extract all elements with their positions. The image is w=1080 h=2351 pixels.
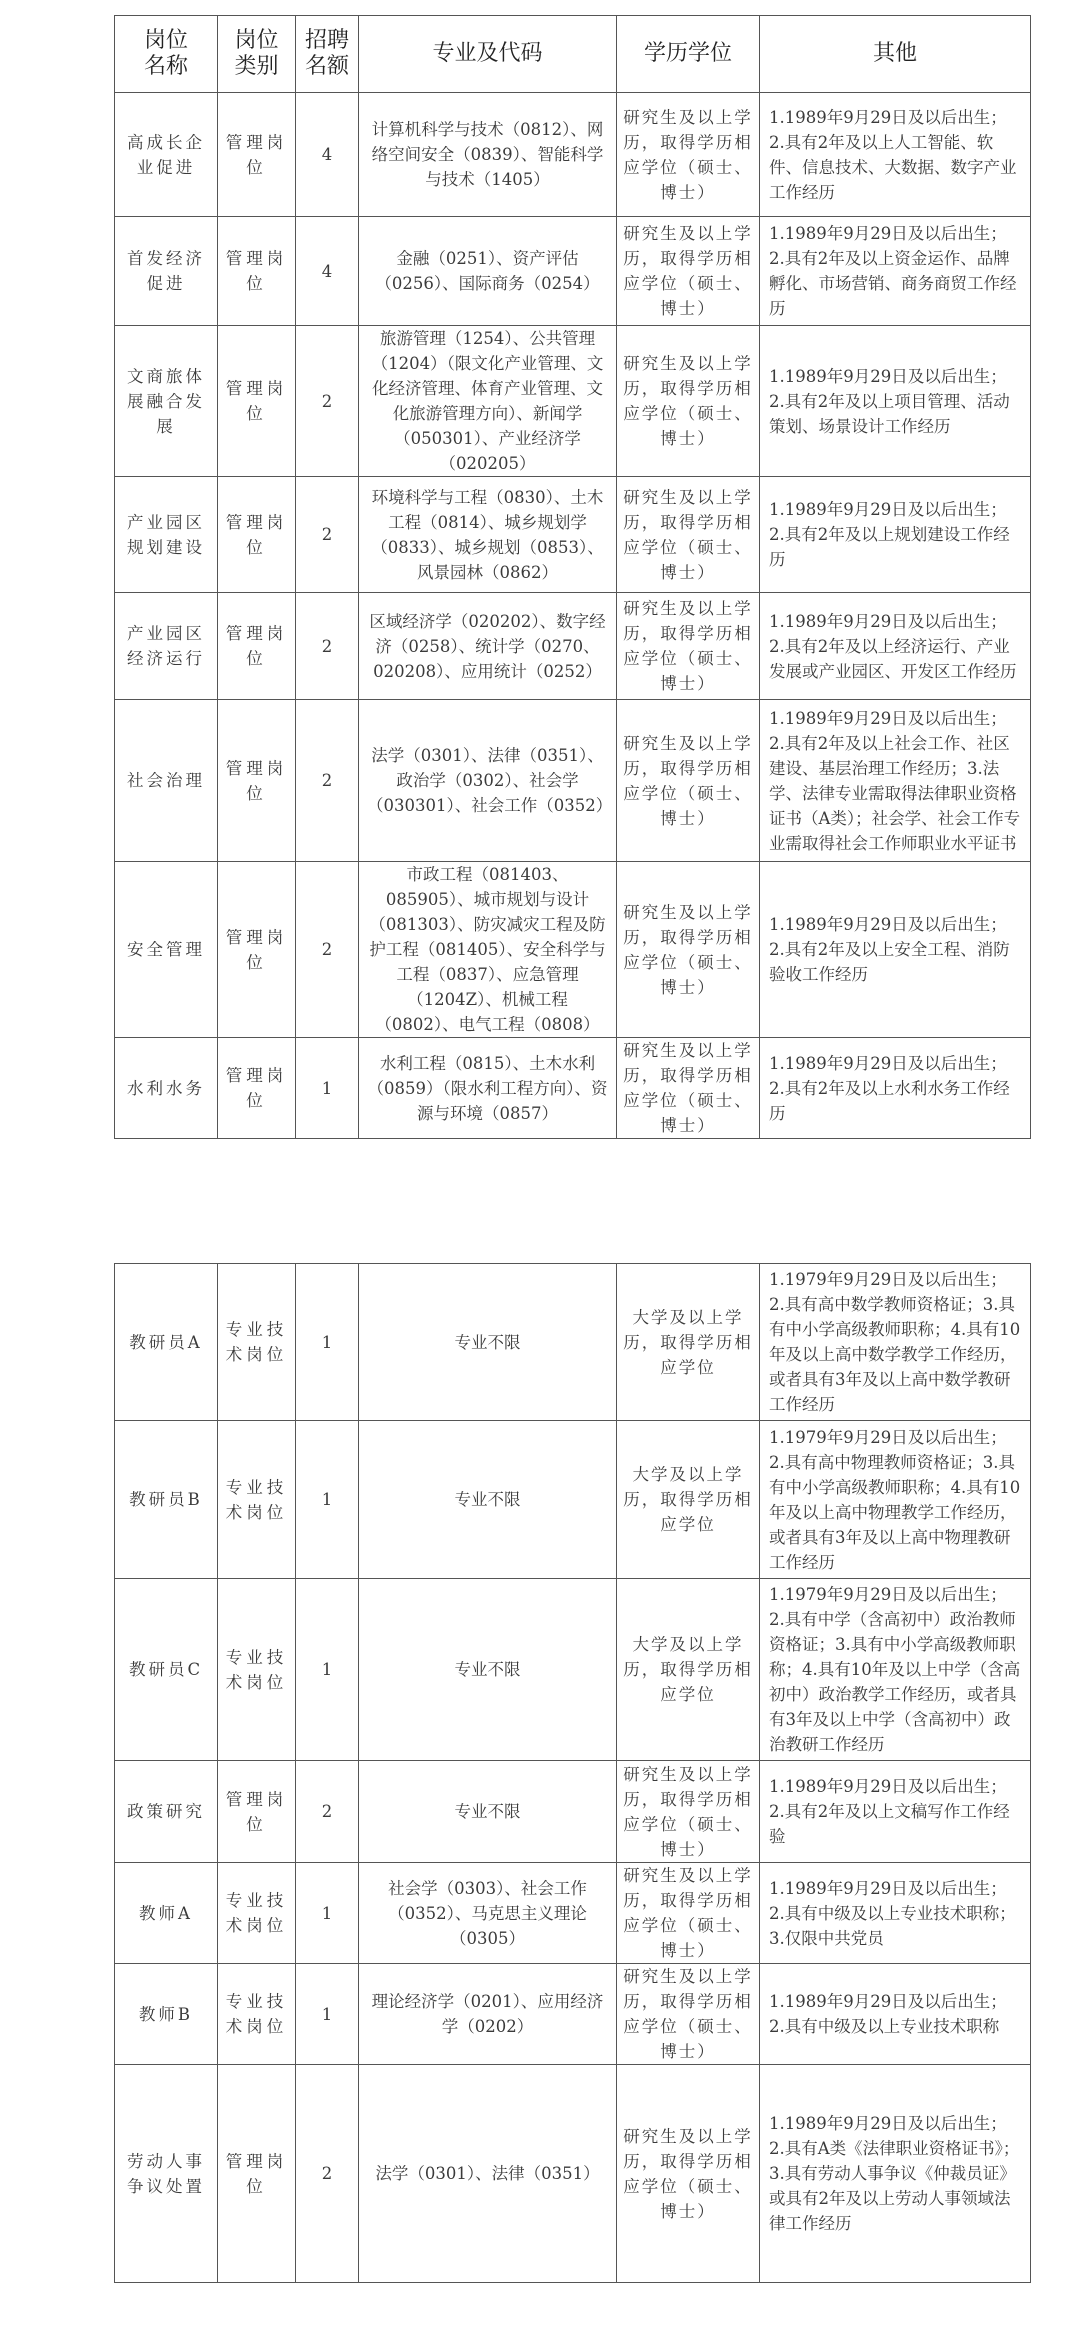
- position-type-cell: 管理岗位: [218, 217, 296, 326]
- other-requirements-cell: 1.1989年9月29日及以后出生；2.具有2年及以上项目管理、活动策划、场景设…: [760, 326, 1031, 477]
- table-row: 产业园区规划建设管理岗位2环境科学与工程（0830）、土木工程（0814）、城乡…: [115, 477, 1031, 593]
- table-row: 社会治理管理岗位2法学（0301）、法律（0351）、政治学（0302）、社会学…: [115, 700, 1031, 862]
- position-name-cell: 教师B: [115, 1964, 218, 2065]
- education-cell: 大学及以上学历，取得学历相应学位: [617, 1264, 760, 1421]
- quota-cell: 2: [296, 326, 359, 477]
- position-name-cell: 安全管理: [115, 862, 218, 1038]
- education-cell: 大学及以上学历，取得学历相应学位: [617, 1579, 760, 1761]
- major-code-cell: 法学（0301）、法律（0351）: [359, 2065, 617, 2283]
- major-code-cell: 理论经济学（0201）、应用经济学（0202）: [359, 1964, 617, 2065]
- position-type-cell: 专业技术岗位: [218, 1964, 296, 2065]
- position-name-cell: 产业园区经济运行: [115, 593, 218, 700]
- other-requirements-cell: 1.1989年9月29日及以后出生；2.具有A类《法律职业资格证书》；3.具有劳…: [760, 2065, 1031, 2283]
- quota-cell: 2: [296, 700, 359, 862]
- header-other: 其他: [760, 16, 1031, 93]
- position-type-cell: 专业技术岗位: [218, 1863, 296, 1964]
- quota-cell: 2: [296, 2065, 359, 2283]
- major-code-cell: 市政工程（081403、085905）、城市规划与设计（081303）、防灾减灾…: [359, 862, 617, 1038]
- position-name-cell: 教研员A: [115, 1264, 218, 1421]
- position-name-cell: 产业园区规划建设: [115, 477, 218, 593]
- education-cell: 研究生及以上学历，取得学历相应学位（硕士、博士）: [617, 2065, 760, 2283]
- position-name-cell: 教研员B: [115, 1421, 218, 1579]
- quota-cell: 2: [296, 1761, 359, 1863]
- header-position-type: 岗位 类别: [218, 16, 296, 93]
- table-row: 政策研究管理岗位2专业不限研究生及以上学历，取得学历相应学位（硕士、博士）1.1…: [115, 1761, 1031, 1863]
- education-cell: 研究生及以上学历，取得学历相应学位（硕士、博士）: [617, 1964, 760, 2065]
- table-row: 高成长企业促进管理岗位4计算机科学与技术（0812）、网络空间安全（0839）、…: [115, 93, 1031, 217]
- table-row: 教研员C专业技术岗位1专业不限大学及以上学历，取得学历相应学位1.1979年9月…: [115, 1579, 1031, 1761]
- other-requirements-cell: 1.1989年9月29日及以后出生；2.具有2年及以上水利水务工作经历: [760, 1038, 1031, 1139]
- position-name-cell: 高成长企业促进: [115, 93, 218, 217]
- quota-cell: 4: [296, 217, 359, 326]
- major-code-cell: 法学（0301）、法律（0351）、政治学（0302）、社会学（030301）、…: [359, 700, 617, 862]
- table-row: 教师B专业技术岗位1理论经济学（0201）、应用经济学（0202）研究生及以上学…: [115, 1964, 1031, 2065]
- major-code-cell: 环境科学与工程（0830）、土木工程（0814）、城乡规划学（0833）、城乡规…: [359, 477, 617, 593]
- quota-cell: 2: [296, 477, 359, 593]
- table-row: 产业园区经济运行管理岗位2区域经济学（020202）、数字经济（0258）、统计…: [115, 593, 1031, 700]
- header-quota: 招聘 名额: [296, 16, 359, 93]
- education-cell: 大学及以上学历，取得学历相应学位: [617, 1421, 760, 1579]
- header-position-name: 岗位 名称: [115, 16, 218, 93]
- position-type-cell: 专业技术岗位: [218, 1579, 296, 1761]
- education-cell: 研究生及以上学历，取得学历相应学位（硕士、博士）: [617, 1761, 760, 1863]
- position-name-cell: 社会治理: [115, 700, 218, 862]
- recruitment-table-part-1: 岗位 名称 岗位 类别 招聘 名额 专业及代码 学历学位 其他 高成长企业促进管…: [114, 15, 1031, 1139]
- other-requirements-cell: 1.1989年9月29日及以后出生；2.具有2年及以上社会工作、社区建设、基层治…: [760, 700, 1031, 862]
- quota-cell: 4: [296, 93, 359, 217]
- major-code-cell: 计算机科学与技术（0812）、网络空间安全（0839）、智能科学与技术（1405…: [359, 93, 617, 217]
- table-row: 教研员B专业技术岗位1专业不限大学及以上学历，取得学历相应学位1.1979年9月…: [115, 1421, 1031, 1579]
- quota-cell: 1: [296, 1964, 359, 2065]
- table-row: 教师A专业技术岗位1社会学（0303）、社会工作（0352）、马克思主义理论（0…: [115, 1863, 1031, 1964]
- position-name-cell: 水利水务: [115, 1038, 218, 1139]
- position-name-cell: 首发经济促进: [115, 217, 218, 326]
- quota-cell: 1: [296, 1038, 359, 1139]
- position-type-cell: 管理岗位: [218, 1761, 296, 1863]
- quota-cell: 2: [296, 862, 359, 1038]
- table-row: 首发经济促进管理岗位4金融（0251）、资产评估（0256）、国际商务（0254…: [115, 217, 1031, 326]
- table-row: 文商旅体展融合发展管理岗位2旅游管理（1254）、公共管理（1204）（限文化产…: [115, 326, 1031, 477]
- quota-cell: 1: [296, 1863, 359, 1964]
- position-name-cell: 文商旅体展融合发展: [115, 326, 218, 477]
- major-code-cell: 水利工程（0815）、土木水利（0859）（限水利工程方向）、资源与环境（085…: [359, 1038, 617, 1139]
- major-code-cell: 金融（0251）、资产评估（0256）、国际商务（0254）: [359, 217, 617, 326]
- other-requirements-cell: 1.1989年9月29日及以后出生；2.具有2年及以上经济运行、产业发展或产业园…: [760, 593, 1031, 700]
- position-name-cell: 政策研究: [115, 1761, 218, 1863]
- position-name-cell: 教师A: [115, 1863, 218, 1964]
- education-cell: 研究生及以上学历，取得学历相应学位（硕士、博士）: [617, 862, 760, 1038]
- other-requirements-cell: 1.1989年9月29日及以后出生；2.具有2年及以上人工智能、软件、信息技术、…: [760, 93, 1031, 217]
- quota-cell: 1: [296, 1579, 359, 1761]
- position-type-cell: 管理岗位: [218, 593, 296, 700]
- major-code-cell: 专业不限: [359, 1421, 617, 1579]
- other-requirements-cell: 1.1989年9月29日及以后出生；2.具有中级及以上专业技术职称: [760, 1964, 1031, 2065]
- table-row: 教研员A专业技术岗位1专业不限大学及以上学历，取得学历相应学位1.1979年9月…: [115, 1264, 1031, 1421]
- position-type-cell: 管理岗位: [218, 2065, 296, 2283]
- other-requirements-cell: 1.1989年9月29日及以后出生；2.具有中级及以上专业技术职称；3.仅限中共…: [760, 1863, 1031, 1964]
- major-code-cell: 专业不限: [359, 1264, 617, 1421]
- recruitment-table-part-2: 教研员A专业技术岗位1专业不限大学及以上学历，取得学历相应学位1.1979年9月…: [114, 1263, 1031, 2283]
- table-row: 水利水务管理岗位1水利工程（0815）、土木水利（0859）（限水利工程方向）、…: [115, 1038, 1031, 1139]
- major-code-cell: 旅游管理（1254）、公共管理（1204）（限文化产业管理、文化经济管理、体育产…: [359, 326, 617, 477]
- other-requirements-cell: 1.1989年9月29日及以后出生；2.具有2年及以上文稿写作工作经验: [760, 1761, 1031, 1863]
- education-cell: 研究生及以上学历，取得学历相应学位（硕士、博士）: [617, 477, 760, 593]
- position-type-cell: 专业技术岗位: [218, 1421, 296, 1579]
- education-cell: 研究生及以上学历，取得学历相应学位（硕士、博士）: [617, 1038, 760, 1139]
- position-type-cell: 管理岗位: [218, 1038, 296, 1139]
- quota-cell: 2: [296, 593, 359, 700]
- major-code-cell: 专业不限: [359, 1579, 617, 1761]
- other-requirements-cell: 1.1979年9月29日及以后出生；2.具有中学（含高初中）政治教师资格证；3.…: [760, 1579, 1031, 1761]
- header-major-code: 专业及代码: [359, 16, 617, 93]
- table-row: 安全管理管理岗位2市政工程（081403、085905）、城市规划与设计（081…: [115, 862, 1031, 1038]
- education-cell: 研究生及以上学历，取得学历相应学位（硕士、博士）: [617, 217, 760, 326]
- education-cell: 研究生及以上学历，取得学历相应学位（硕士、博士）: [617, 1863, 760, 1964]
- quota-cell: 1: [296, 1264, 359, 1421]
- other-requirements-cell: 1.1989年9月29日及以后出生；2.具有2年及以上资金运作、品牌孵化、市场营…: [760, 217, 1031, 326]
- other-requirements-cell: 1.1979年9月29日及以后出生；2.具有高中数学教师资格证；3.具有中小学高…: [760, 1264, 1031, 1421]
- position-name-cell: 劳动人事争议处置: [115, 2065, 218, 2283]
- major-code-cell: 专业不限: [359, 1761, 617, 1863]
- position-type-cell: 管理岗位: [218, 862, 296, 1038]
- header-education: 学历学位: [617, 16, 760, 93]
- major-code-cell: 社会学（0303）、社会工作（0352）、马克思主义理论（0305）: [359, 1863, 617, 1964]
- quota-cell: 1: [296, 1421, 359, 1579]
- other-requirements-cell: 1.1989年9月29日及以后出生；2.具有2年及以上安全工程、消防验收工作经历: [760, 862, 1031, 1038]
- education-cell: 研究生及以上学历，取得学历相应学位（硕士、博士）: [617, 93, 760, 217]
- position-name-cell: 教研员C: [115, 1579, 218, 1761]
- education-cell: 研究生及以上学历，取得学历相应学位（硕士、博士）: [617, 593, 760, 700]
- position-type-cell: 管理岗位: [218, 700, 296, 862]
- position-type-cell: 管理岗位: [218, 93, 296, 217]
- other-requirements-cell: 1.1979年9月29日及以后出生；2.具有高中物理教师资格证；3.具有中小学高…: [760, 1421, 1031, 1579]
- table-header-row: 岗位 名称 岗位 类别 招聘 名额 专业及代码 学历学位 其他: [115, 16, 1031, 93]
- position-type-cell: 管理岗位: [218, 477, 296, 593]
- education-cell: 研究生及以上学历，取得学历相应学位（硕士、博士）: [617, 326, 760, 477]
- major-code-cell: 区域经济学（020202）、数字经济（0258）、统计学（0270、020208…: [359, 593, 617, 700]
- position-type-cell: 专业技术岗位: [218, 1264, 296, 1421]
- table-row: 劳动人事争议处置管理岗位2法学（0301）、法律（0351）研究生及以上学历，取…: [115, 2065, 1031, 2283]
- position-type-cell: 管理岗位: [218, 326, 296, 477]
- education-cell: 研究生及以上学历，取得学历相应学位（硕士、博士）: [617, 700, 760, 862]
- other-requirements-cell: 1.1989年9月29日及以后出生；2.具有2年及以上规划建设工作经历: [760, 477, 1031, 593]
